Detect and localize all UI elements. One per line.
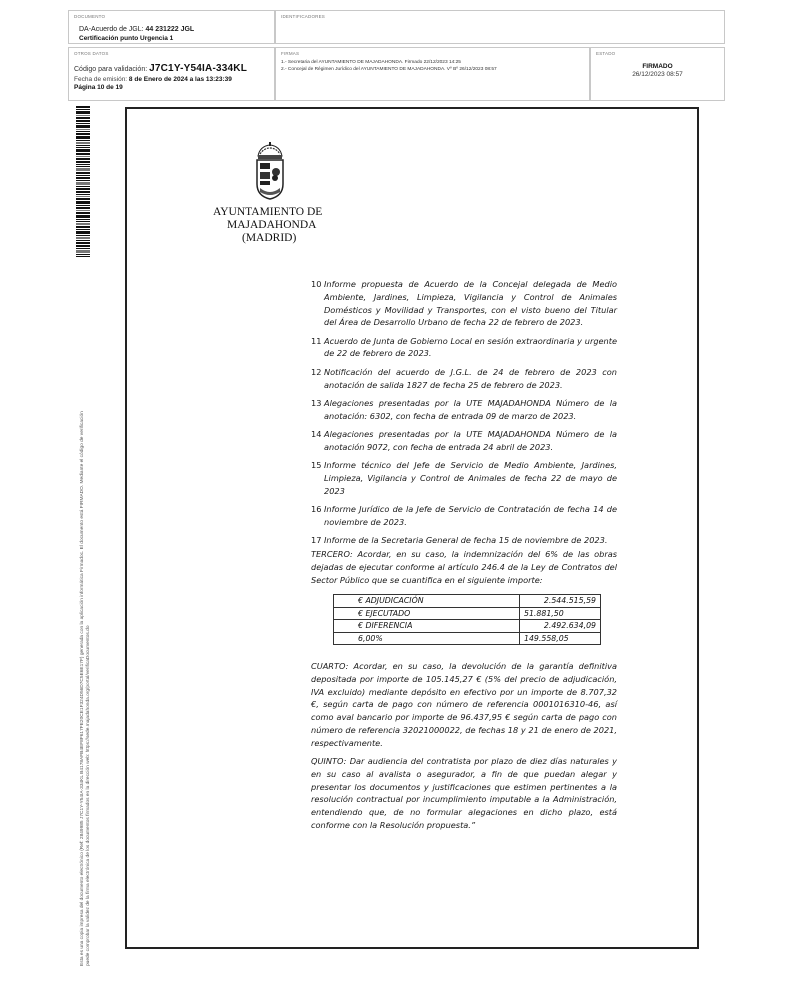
coat-of-arms-icon: [250, 142, 290, 202]
list-item: 11Acuerdo de Junta de Gobierno Local en …: [311, 335, 617, 361]
firmas-box: FIRMAS 1.- Secretaria del AYUNTAMIENTO D…: [275, 47, 590, 101]
list-item-text: Acuerdo de Junta de Gobierno Local en se…: [324, 336, 617, 359]
list-item-number: 13: [311, 397, 321, 410]
list-item-number: 17: [311, 534, 321, 547]
list-item-text: Informe propuesta de Acuerdo de la Conce…: [324, 279, 617, 327]
list-item: 14Alegaciones presentadas por la UTE MAJ…: [311, 428, 617, 454]
row-label: € EJECUTADO: [334, 607, 520, 620]
estado-label: ESTADO: [596, 51, 615, 56]
page-number: Página 10 de 19: [74, 84, 123, 91]
importe-table: € ADJUDICACIÓN2.544.515,59€ EJECUTADO51.…: [333, 594, 601, 645]
list-item: 10Informe propuesta de Acuerdo de la Con…: [311, 278, 617, 329]
issue-date: Fecha de emisión: 8 de Enero de 2024 a l…: [74, 76, 232, 83]
list-item-number: 11: [311, 335, 321, 348]
list-item: 13Alegaciones presentadas por la UTE MAJ…: [311, 397, 617, 423]
documento-title: Certificación punto Urgencia 1: [79, 35, 173, 42]
list-item-number: 16: [311, 503, 321, 516]
row-value: 51.881,50: [520, 607, 601, 620]
letterhead: AYUNTAMIENTO DE MAJADAHONDA (MADRID): [213, 206, 322, 245]
row-label: € DIFERENCIA: [334, 620, 520, 633]
list-item-number: 10: [311, 278, 321, 291]
table-row: 6,00%149.558,05: [334, 632, 601, 645]
row-label: € ADJUDICACIÓN: [334, 595, 520, 608]
table-row: € ADJUDICACIÓN2.544.515,59: [334, 595, 601, 608]
list-item-text: Alegaciones presentadas por la UTE MAJAD…: [324, 429, 617, 452]
list-item-text: Informe técnico del Jefe de Servicio de …: [324, 460, 617, 496]
otros-datos-label: OTROS DATOS: [74, 51, 109, 56]
firmas-list: 1.- Secretaria del AYUNTAMIENTO DE MAJAD…: [281, 60, 497, 73]
verification-side-text: Esta es una copia impresa del documento …: [80, 411, 92, 966]
quinto-paragraph: QUINTO: Dar audiencia del contratista po…: [311, 755, 617, 832]
list-item-number: 14: [311, 428, 321, 441]
list-item: 15Informe técnico del Jefe de Servicio d…: [311, 459, 617, 497]
status-badge: FIRMADO: [591, 63, 724, 70]
row-value: 149.558,05: [520, 632, 601, 645]
list-item: 17Informe de la Secretaria General de fe…: [311, 534, 617, 547]
table-row: € EJECUTADO51.881,50: [334, 607, 601, 620]
firma-item: 2.- Concejal de Régimen Jurídico del AYU…: [281, 67, 497, 74]
barcode: [76, 106, 90, 276]
list-item: 12Notificación del acuerdo de J.G.L. de …: [311, 366, 617, 392]
list-item-text: Notificación del acuerdo de J.G.L. de 24…: [324, 367, 617, 390]
list-item-text: Informe de la Secretaria General de fech…: [324, 535, 607, 545]
list-item: 16Informe Jurídico de la Jefe de Servici…: [311, 503, 617, 529]
tercero-paragraph: TERCERO: Acordar, en su caso, la indemni…: [311, 548, 617, 586]
list-item-text: Alegaciones presentadas por la UTE MAJAD…: [324, 398, 617, 421]
row-value: 2.492.634,09: [520, 620, 601, 633]
validation-code: Código para validación: J7C1Y-Y54IA-334K…: [74, 63, 247, 74]
table-row: € DIFERENCIA2.492.634,09: [334, 620, 601, 633]
documento-reference: DA-Acuerdo de JGL: 44 231222 JGL: [79, 26, 194, 33]
identificadores-box: IDENTIFICADORES: [275, 10, 725, 44]
otros-datos-box: OTROS DATOS Código para validación: J7C1…: [68, 47, 275, 101]
list-item-number: 12: [311, 366, 321, 379]
firmas-label: FIRMAS: [281, 51, 299, 56]
documento-box: DOCUMENTO DA-Acuerdo de JGL: 44 231222 J…: [68, 10, 275, 44]
row-label: 6,00%: [334, 632, 520, 645]
row-value: 2.544.515,59: [520, 595, 601, 608]
list-item-number: 15: [311, 459, 321, 472]
cuarto-paragraph: CUARTO: Acordar, en su caso, la devoluci…: [311, 660, 617, 750]
antecedentes-list: 10Informe propuesta de Acuerdo de la Con…: [311, 278, 617, 552]
documento-label: DOCUMENTO: [74, 14, 105, 19]
estado-box: ESTADO FIRMADO 26/12/2023 08:57: [590, 47, 725, 101]
status-date: 26/12/2023 08:57: [591, 71, 724, 78]
list-item-text: Informe Jurídico de la Jefe de Servicio …: [324, 504, 617, 527]
identificadores-label: IDENTIFICADORES: [281, 14, 325, 19]
